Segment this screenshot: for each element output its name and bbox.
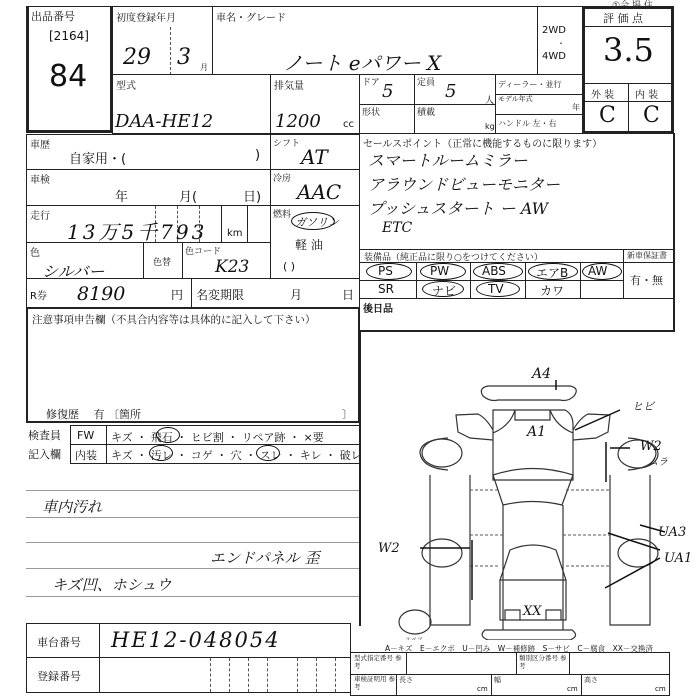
length-label: 長さ — [399, 675, 413, 685]
equip-sr: SR — [378, 282, 394, 296]
warranty-label: 新車保証書 — [627, 250, 667, 261]
equip-tv: TV — [488, 282, 504, 296]
type-number-label: 型式指定番号 参考 — [354, 654, 404, 670]
fuel-label: 燃料 — [273, 207, 291, 220]
doors-label: ドア — [362, 75, 380, 88]
equip-navi: ナビ — [432, 282, 456, 299]
history-box: 車歴 自家用・( ) — [26, 134, 271, 170]
sales-point-3: プッシュスタート ー AW — [368, 196, 548, 219]
drive-4wd: 4WD — [542, 51, 566, 62]
mark-a4: A4 — [530, 366, 551, 382]
mileage-value: 13万5千793 — [67, 216, 207, 245]
mark-crack: ヒビ — [632, 400, 656, 413]
sales-points-box: セールスポイント（正常に機能するものに限ります） スマートルームミラー アラウン… — [359, 133, 675, 332]
mark-a1: A1 — [525, 424, 546, 440]
fuel-other: 軽 油 — [295, 236, 323, 253]
color-code-label: 色コード — [185, 244, 221, 257]
height-label: 高さ — [584, 675, 598, 685]
notes-label: 注意事項申告欄（不具合内容等は具体的に記入して下さい） — [32, 312, 316, 327]
shift-box: シフト AT — [270, 134, 360, 170]
interior-label: 内 装 — [635, 86, 658, 101]
shift-label: シフト — [273, 136, 300, 149]
handle-label: ハンドル 左・右 — [498, 118, 557, 129]
equip-airbag: エアB — [536, 264, 568, 281]
inspection-month: 月( — [179, 186, 197, 205]
score-label: 評 価 点 — [603, 10, 643, 26]
inspection-box: 車検 年 月( 日) — [26, 169, 271, 206]
fw-key: FW — [77, 429, 94, 442]
doors-box: ドア 5 形状 — [359, 74, 415, 134]
load-label: 積載 — [417, 105, 435, 118]
sales-point-2: アラウンドビューモニター — [368, 172, 560, 195]
later-items-label: 後日品 — [363, 300, 393, 315]
notes-box: 注意事項申告欄（不具合内容等は具体的に記入して下さい） 修復歴 有 〔箇所 〕 — [26, 307, 360, 423]
car-name-label: 車名・グレード — [216, 9, 286, 24]
lot-box: 出品番号 [2164] 84 — [26, 6, 113, 133]
fuel-paren: ( ) — [283, 260, 295, 273]
name-change-box: 名変期限 月 日 — [191, 278, 360, 308]
height-unit: cm — [655, 685, 666, 693]
class-number-label: 類別区分番号 参考 — [519, 654, 569, 670]
recycle-box: R券 8190 円 — [26, 278, 192, 308]
car-name-box: 車名・グレード ノート eパワー X — [212, 6, 538, 75]
color-change-label: 色替 — [153, 255, 171, 268]
color-label: 色 — [30, 244, 40, 259]
registration-label: 登録番号 — [37, 668, 81, 684]
equip-pw: PW — [430, 264, 449, 278]
warranty-value: 有・無 — [630, 272, 663, 288]
lot-code: [2164] — [49, 29, 89, 43]
shift-value: AT — [301, 145, 328, 169]
equip-aw: AW — [588, 264, 607, 278]
ac-value: AAC — [297, 180, 341, 204]
dealer-label: ディーラー・並行 — [498, 79, 561, 90]
note-line-1: 車内汚れ — [42, 496, 102, 517]
mark-mura: ムラ — [648, 457, 668, 468]
fw-items: キズ ・ 飛石 ・ ヒビ割 ・ リペア跡 ・ ×要 — [111, 429, 324, 445]
model-box: 型式 DAA-HE12 — [112, 74, 271, 134]
capacity-value: 5 — [445, 81, 456, 102]
cert-label: 車検証明用 参考 — [354, 675, 396, 691]
name-change-day: 日 — [342, 286, 354, 303]
inspection-year: 年 — [115, 186, 128, 205]
color-code-value: K23 — [215, 257, 249, 277]
drive-box: 2WD ・ 4WD — [537, 6, 583, 75]
name-change-label: 名変期限 — [196, 286, 244, 303]
inspector-table: FW 内装 キズ ・ 飛石 ・ ヒビ割 ・ リペア跡 ・ ×要 キズ ・ 汚レ … — [70, 425, 360, 464]
name-change-month: 月 — [290, 286, 302, 303]
color-box: 色 シルバー 色替 色コード K23 — [26, 242, 271, 279]
month-unit: 月 — [200, 62, 208, 73]
model-year-label: モデル年式 — [498, 95, 538, 103]
exterior-label: 外 装 — [591, 86, 614, 101]
yen-unit: 円 — [171, 286, 183, 303]
load-unit: kg — [485, 122, 495, 131]
recycle-label: R券 — [30, 287, 47, 302]
equip-abs: ABS — [482, 264, 506, 278]
chassis-label: 車台番号 — [37, 634, 81, 650]
equip-ps: PS — [378, 264, 393, 278]
model-label: 型式 — [116, 77, 136, 92]
history-label: 車歴 — [30, 136, 50, 151]
spare-label: スペア — [405, 637, 423, 640]
car-damage-diagram: A4 A1 ヒビ W2 ムラ W2 UA3 UA1 XX A2 スペア — [360, 330, 700, 640]
history-close: ) — [255, 148, 260, 163]
history-value: 自家用・( — [69, 148, 126, 167]
fuel-box: 燃料 ガソリン 軽 油 ( ) — [270, 205, 360, 279]
mileage-box: 走行 13万5千793 km — [26, 205, 271, 243]
note-line-2: エンドパネル 歪 — [210, 547, 319, 568]
inspector-label-1: 検査員 — [28, 427, 61, 443]
ac-box: 冷房 AAC — [270, 169, 360, 206]
equip-leather: カワ — [540, 282, 564, 299]
interior-key: 内装 — [75, 447, 97, 463]
exterior-grade: C — [599, 103, 616, 128]
chassis-number: HE12-048054 — [111, 628, 281, 652]
first-registration: 初度登録年月 29 3 月 — [112, 6, 213, 75]
doors-value: 5 — [382, 81, 393, 102]
sales-point-4: ETC — [382, 220, 412, 236]
interior-grade: C — [643, 103, 660, 128]
inspection-label: 車検 — [30, 171, 50, 186]
model-year-unit: 年 — [572, 102, 580, 113]
mark-w2-right: W2 — [640, 439, 662, 454]
chassis-table: 車台番号 HE12-048054 登録番号 — [26, 623, 351, 693]
capacity-label: 定員 — [417, 75, 435, 88]
mark-xx: XX — [522, 604, 542, 619]
score-box: 評 価 点 3.5 外 装 内 装 C C — [582, 6, 674, 134]
cc-unit: cc — [343, 119, 354, 130]
repair-close: 〕 — [342, 406, 353, 422]
score-value: 3.5 — [603, 31, 654, 69]
repair-history-label: 修復歴 有 〔箇所 — [46, 406, 141, 422]
km-unit: km — [227, 228, 243, 239]
note-line-3: キズ凹、ホシュウ — [52, 574, 171, 595]
drive-dot: ・ — [557, 38, 565, 49]
capacity-box: 定員 5 人 積載 kg — [414, 74, 496, 134]
inspection-day: 日) — [243, 186, 261, 205]
displacement-label: 排気量 — [274, 77, 304, 92]
width-label: 幅 — [494, 675, 501, 685]
first-registration-label: 初度登録年月 — [116, 9, 176, 24]
dealer-box: ディーラー・並行 モデル年式 年 ハンドル 左・右 — [495, 74, 583, 134]
model-value: DAA-HE12 — [115, 111, 213, 132]
drive-2wd: 2WD — [542, 25, 566, 36]
displacement-value: 1200 — [275, 111, 321, 132]
reg-month: 3 — [177, 45, 191, 70]
reference-table: 型式指定番号 参考 類別区分番号 参考 車検証明用 参考 長さ cm 幅 cm … — [350, 652, 670, 696]
car-name-value: ノート eパワー X — [283, 47, 441, 76]
fuel-selected: ガソリン — [295, 214, 339, 230]
mark-ua1: UA1 — [664, 551, 692, 566]
inspector-label-2: 記入欄 — [28, 446, 61, 462]
recycle-value: 8190 — [77, 283, 125, 305]
mileage-label: 走行 — [30, 207, 50, 222]
reg-year: 29 — [123, 45, 151, 70]
lot-label: 出品番号 — [31, 8, 75, 24]
mark-ua3: UA3 — [658, 525, 686, 540]
mark-w2-left: W2 — [378, 541, 400, 556]
width-unit: cm — [567, 685, 578, 693]
displacement-box: 排気量 1200 cc — [270, 74, 360, 134]
ac-label: 冷房 — [273, 171, 291, 184]
shape-label: 形状 — [362, 105, 380, 118]
length-unit: cm — [477, 685, 488, 693]
lot-number: 84 — [49, 59, 87, 94]
sales-point-1: スマートルームミラー — [368, 148, 528, 171]
